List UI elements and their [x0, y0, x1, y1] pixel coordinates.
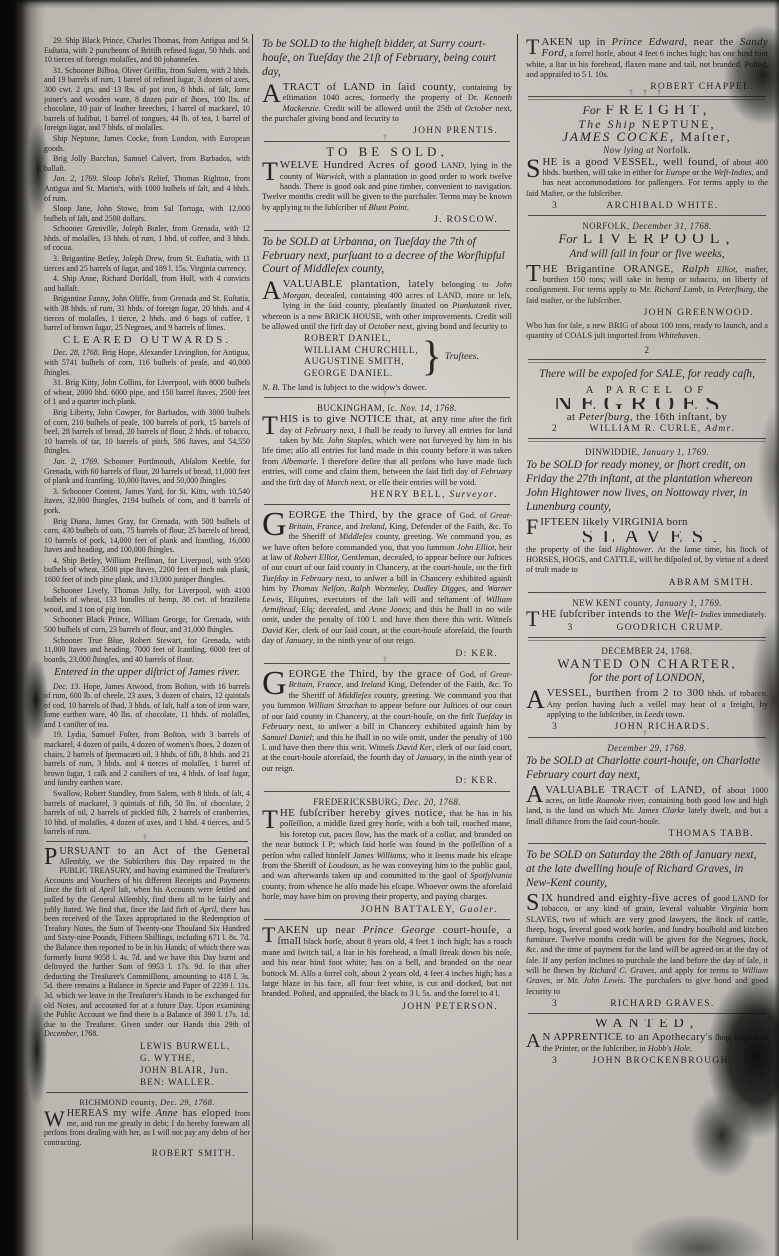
printer-ornament-icon: †: [383, 655, 391, 665]
advert-paragraph: AVALUABLE plantation, lately belonging t…: [262, 279, 512, 332]
newspaper-page: 29. Ship Black Prince, Charles Thomas, f…: [0, 0, 779, 1256]
advert-paragraph: TAKEN up near Prince George court-houſe,…: [262, 925, 512, 1000]
signature: D: KER.: [262, 776, 512, 786]
italic-heading: To be SOLD at Urbanna, on Tueſday the 7t…: [262, 236, 512, 278]
trustees-block: ROBERT DANIEL,WILLIAM CHURCHILL,AUGUSTIN…: [304, 334, 512, 380]
drop-cap: A: [526, 785, 545, 805]
dateline: RICHMOND county, Dec. 29, 1768.: [44, 1098, 250, 1108]
trustee-name: AUGUSTINE SMITH,: [304, 357, 419, 368]
divider-rule: †: [264, 663, 510, 664]
signature: RICHARD GRAVES.: [557, 999, 768, 1009]
dateline: DINWIDDIE, January 1, 1769.: [526, 447, 768, 457]
advert-paragraph: TAKEN up in Prince Edward, near the Sand…: [526, 37, 768, 80]
divider-rule: †: [46, 841, 248, 842]
signature-row: 3RICHARD GRAVES.: [526, 999, 768, 1009]
news-paragraph: Swallow, Robert Standley, from Salem, wi…: [44, 789, 250, 837]
news-paragraph: 4. Ship Anne, Richard Dorſdall, from Hul…: [44, 274, 250, 293]
signature: J. ROSCOW.: [262, 215, 512, 225]
signature: JOHN RICHARDS.: [557, 722, 768, 732]
drop-cap: T: [262, 808, 280, 830]
dateline: 2: [526, 345, 768, 355]
signature: JOHN PETERSON.: [262, 1002, 512, 1012]
advert-paragraph: PURSUANT to an Act of the General Aſſemb…: [44, 847, 250, 1039]
dateline: JAMES COCKE, Maſter,: [526, 132, 768, 142]
dateline: Now lying at Norfolk.: [526, 145, 768, 155]
signature: BEN: WALLER.: [140, 1077, 250, 1089]
advert-paragraph: GEORGE the Third, by the grace of God, o…: [262, 669, 512, 774]
signature-row: 3ARCHIBALD WHITE.: [526, 201, 768, 211]
news-paragraph: Brig Liberty, John Cowper, for Barbados,…: [44, 408, 250, 456]
advert-paragraph: WHEREAS my wife Anne has eloped from me,…: [44, 1109, 250, 1147]
advert-lead: HIS is to give NOTICE that, at any: [280, 413, 448, 425]
news-paragraph: Jan. 2, 1769. Sloop John's Relief, Thoma…: [44, 174, 250, 203]
column-right: TAKEN up in Prince Edward, near the Sand…: [526, 36, 768, 1252]
italic-heading: for the port of LONDON,: [526, 672, 768, 686]
news-paragraph: Jan. 2, 1769. Schooner Portſmouth, Abſal…: [44, 457, 250, 486]
display-heading: ForFREIGHT,: [526, 105, 768, 115]
news-paragraph: Schooner Grenville, Joſeph Butler, from …: [44, 224, 250, 253]
advert-lead: N APPRENTICE to an Apothecary's: [542, 1031, 712, 1043]
advert-paragraph: THE ſubſcriber intends to the Weſt- Indi…: [526, 609, 768, 620]
divider-rule: [528, 1013, 766, 1014]
news-paragraph: Schooner Lively, Thomas Jolly, for Liver…: [44, 586, 250, 615]
news-paragraph: 29. Ship Black Prince, Charles Thomas, f…: [44, 36, 250, 65]
heading-prefix: For: [583, 105, 601, 115]
signature: ARCHIBALD WHITE.: [557, 201, 768, 211]
heading-prefix: For: [558, 234, 577, 244]
advert-paragraph: SIX hundred and eighty-five acres of goo…: [526, 893, 768, 997]
news-paragraph: Sloop Jane, John Stowe, from Sal Tortuga…: [44, 204, 250, 223]
printer-ornament-icon: †: [383, 389, 391, 399]
news-paragraph: Ship Neptune, James Cocke, from London, …: [44, 134, 250, 153]
display-heading: TO BE SOLD,: [262, 147, 512, 157]
trustee-names: ROBERT DANIEL,WILLIAM CHURCHILL,AUGUSTIN…: [304, 334, 419, 380]
drop-cap: W: [44, 1109, 67, 1128]
advert-lead: IX hundred and eighty-five acres of: [541, 892, 710, 904]
column-middle: To be SOLD to the higheſt bidder, at Sur…: [262, 36, 512, 1252]
advert-lead: EORGE the Third, by the grace of: [289, 509, 457, 521]
signature: HENRY BELL, Surveyor.: [262, 490, 512, 500]
advert-lead: EORGE the Third, by the grace of: [289, 668, 457, 680]
advert-paragraph: TWELVE Hundred Acres of good LAND, lying…: [262, 160, 512, 213]
divider-rule: [528, 637, 766, 641]
italic-heading: There will be expoſed for SALE, for read…: [526, 368, 768, 382]
news-paragraph: Brig Jolly Bacchus, Samuel Calvert, from…: [44, 154, 250, 173]
brace-icon: }: [422, 336, 442, 378]
drop-cap: A: [262, 279, 283, 301]
signature: ABRAM SMITH.: [526, 578, 768, 588]
drop-cap: G: [262, 669, 289, 697]
advert-lead: WELVE Hundred Acres of good: [280, 159, 437, 171]
divider-rule: [528, 215, 766, 216]
signature-row: 3JOHN BROCKENBROUGH.: [526, 1056, 768, 1066]
drop-cap: S: [526, 893, 541, 913]
signature: JOHN BROCKENBROUGH.: [557, 1056, 768, 1066]
divider-rule: [264, 230, 510, 231]
italic-heading: To be SOLD to the higheſt bidder, at Sur…: [262, 38, 512, 80]
divider-rule: [264, 919, 510, 920]
advert-paragraph: THE ſubſcriber hereby gives notice, that…: [262, 808, 512, 903]
printer-ornament-icon: †: [643, 729, 651, 739]
dateline: FREDERICKSBURG, Dec. 20, 1768.: [262, 797, 512, 807]
advert-lead: HE is a good VESSEL, well found,: [542, 156, 717, 168]
signature-row: 2WILLIAM R. CURLE, Admr.: [526, 424, 768, 434]
newspaper-columns: 29. Ship Black Prince, Charles Thomas, f…: [44, 36, 770, 1252]
printer-ornament-icon: †: [383, 133, 391, 143]
display-heading: NEGROES,: [526, 398, 768, 408]
column-left: 29. Ship Black Prince, Charles Thomas, f…: [44, 36, 250, 1252]
divider-rule: [528, 359, 766, 363]
dateline: at Peterſburg, the 16th inſtant, by: [526, 412, 768, 422]
trustee-name: WILLIAM CHURCHILL,: [304, 346, 419, 357]
news-paragraph: the property of the ſaid Hightower. At t…: [526, 545, 768, 576]
printer-ornament-icon: †: [143, 833, 151, 843]
divider-rule: [528, 438, 766, 442]
trustee-name: GEORGE DANIEL.: [304, 369, 419, 380]
drop-cap: F: [526, 517, 540, 536]
advert-lead: VESSEL, burthen from 2 to 300: [547, 687, 704, 699]
advert-paragraph: AN APPRENTICE to an Apothecary's ſhop. I…: [526, 1032, 768, 1054]
advert-paragraph: SHE is a good VESSEL, well found, of abo…: [526, 157, 768, 199]
trustees-label: Truſtees.: [445, 352, 479, 362]
divider-rule: [264, 504, 510, 505]
dateline: DECEMBER 24, 1768.: [526, 646, 768, 656]
divider-rule: [528, 592, 766, 593]
divider-rule: † † †: [528, 96, 766, 100]
advert-paragraph: ATRACT of LAND in ſaid county, containin…: [262, 82, 512, 125]
news-paragraph: Brigantine Fanny, John Oliffe, from Gren…: [44, 294, 250, 332]
news-paragraph: Brig Diana, James Gray, for Grenada, wit…: [44, 517, 250, 555]
dateline: NORFOLK, December 31, 1768.: [526, 221, 768, 231]
news-paragraph: 3. Brigantine Betſey, Joſeph Drew, from …: [44, 254, 250, 273]
trustee-name: ROBERT DANIEL,: [304, 334, 419, 345]
drop-cap: P: [44, 847, 59, 867]
drop-cap: T: [262, 414, 280, 436]
advert-paragraph: AVALUABLE TRACT of LAND, of about 1000 a…: [526, 785, 768, 827]
drop-cap: T: [526, 264, 543, 284]
dateline: The Ship NEPTUNE,: [526, 119, 768, 129]
news-paragraph: Dec. 13. Hope, James Atwood, from Boſton…: [44, 682, 250, 730]
news-paragraph: Who has for ſale, a new BRIG of about 10…: [526, 321, 768, 342]
drop-cap: A: [526, 688, 547, 710]
advert-lead: IFTEEN likely VIRGINIA born: [540, 516, 688, 528]
signature: JOHN BLAIR, Jun.: [140, 1065, 250, 1077]
drop-cap: S: [526, 157, 542, 179]
divider-rule: [528, 843, 766, 844]
dateline: NEW KENT county, January 1, 1769.: [526, 598, 768, 608]
advert-lead: HEREAS my wife Anne has eloped: [67, 1108, 231, 1119]
signature: JOHN BATTALEY, Gaoler.: [262, 905, 512, 915]
signature: LEWIS BURWELL,: [140, 1041, 250, 1053]
divider-rule: †: [264, 397, 510, 398]
signature: JOHN GREENWOOD.: [526, 308, 768, 318]
news-paragraph: Schooner Black Prince, William George, f…: [44, 615, 250, 634]
advert-lead: HE ſubſcriber intends to the Weſt-: [541, 608, 698, 620]
news-paragraph: Schooner True Blue, Robert Stewart, for …: [44, 636, 250, 665]
advert-lead: URSUANT to an Act of the General: [59, 846, 250, 857]
divider-rule: [46, 1092, 248, 1093]
printer-ornament-icon: † † †: [629, 88, 665, 98]
italic-heading: To be SOLD on Saturday the 28th of Janua…: [526, 849, 768, 891]
display-heading: A PARCEL OF: [526, 385, 768, 395]
news-paragraph: 31. Brig Kitty, John Collins, for Liverp…: [44, 378, 250, 407]
advert-lead: HE ſubſcriber hereby gives notice,: [280, 807, 446, 819]
drop-cap: T: [526, 609, 541, 628]
display-heading: CLEARED OUTWARDS.: [44, 336, 250, 346]
news-paragraph: 19. Lydia, Samuel Foſter, from Boſton, w…: [44, 730, 250, 788]
italic-heading: Entered in the upper diſtrict of James r…: [44, 666, 250, 679]
advert-paragraph: GEORGE the Third, by the grace of God, o…: [262, 510, 512, 646]
display-heading: SLAVES,: [540, 531, 768, 541]
italic-heading: To be SOLD for ready money, or ſhort cre…: [526, 459, 768, 515]
signature: ROBERT SMITH.: [44, 1149, 250, 1159]
divider-rule: [264, 791, 510, 792]
drop-cap: A: [262, 82, 283, 104]
display-heading: WANTED ON CHARTER,: [526, 659, 768, 669]
binding-edge: [0, 0, 46, 1256]
display-heading: ForLIVERPOOL,: [526, 234, 768, 244]
news-paragraph: 4. Ship Betſey, William Preſſman, for Li…: [44, 556, 250, 585]
italic-heading: To be SOLD at Charlotte court-houſe, on …: [526, 755, 768, 783]
divider-rule: †: [528, 737, 766, 738]
drop-cap: A: [526, 1032, 542, 1049]
news-paragraph: Dec. 28, 1768. Brig Hope, Alexander Livi…: [44, 348, 250, 377]
advert-lead: TRACT of LAND in ſaid county,: [283, 81, 456, 93]
advert-lead: VALUABLE TRACT of LAND, of: [545, 784, 721, 796]
display-heading: WANTED,: [526, 1019, 768, 1029]
news-paragraph: 3. Schooner Content, James Yard, for St.…: [44, 487, 250, 516]
drop-cap: G: [262, 510, 289, 538]
dateline: BUCKINGHAM, ſc. Nov. 14, 1768.: [262, 403, 512, 413]
divider-rule: †: [264, 141, 510, 142]
advert-paragraph: THE Brigantine ORANGE, Ralph Elliot, maſ…: [526, 264, 768, 306]
signature: THOMAS TABB.: [526, 829, 768, 839]
drop-cap: T: [262, 925, 277, 944]
signature-row: 3GOODRICH CRUMP.: [541, 623, 768, 633]
signature: WILLIAM R. CURLE, Admr.: [557, 424, 768, 434]
italic-heading: And will ſail in four or five weeks,: [526, 248, 768, 262]
drop-cap: T: [526, 37, 541, 56]
drop-cap: T: [262, 160, 280, 182]
news-paragraph: 31. Schooner Bilboa, Oliver Griffin, fro…: [44, 66, 250, 133]
signature: GOODRICH CRUMP.: [572, 623, 768, 633]
signature: G. WYTHE,: [140, 1053, 250, 1065]
advert-lead: HE Brigantine ORANGE, Ralph: [543, 263, 710, 275]
advert-lead: VALUABLE plantation, lately: [283, 278, 435, 290]
dateline: December 29, 1768.: [526, 743, 768, 753]
advert-paragraph: AVESSEL, burthen from 2 to 300 hhds. of …: [526, 688, 768, 720]
advert-paragraph: FIFTEEN likely VIRGINIA born: [526, 517, 768, 528]
signature-list: LEWIS BURWELL,G. WYTHE,JOHN BLAIR, Jun.B…: [140, 1041, 250, 1089]
advert-paragraph: THIS is to give NOTICE that, at any time…: [262, 414, 512, 488]
